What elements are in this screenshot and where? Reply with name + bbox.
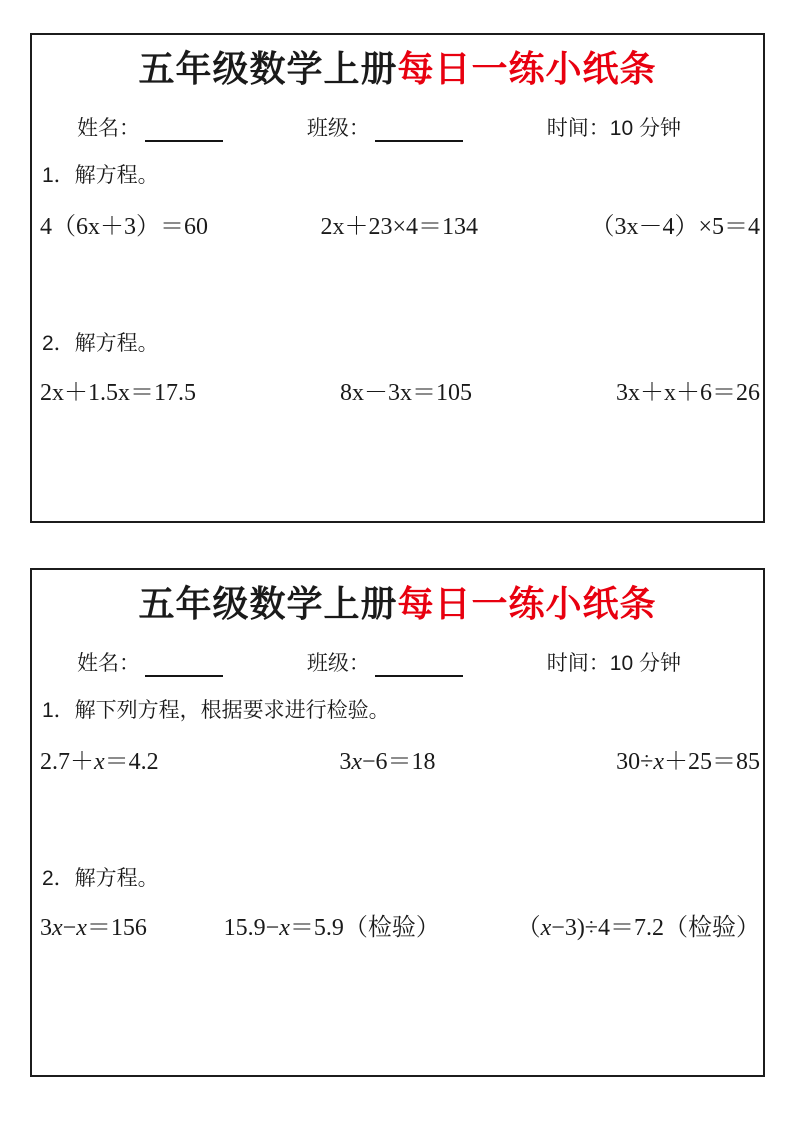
equation: （3x－4）×5＝4 (590, 206, 760, 241)
worksheet-card-2: 五年级数学上册每日一练小纸条 姓名： 班级： 时间：10 分钟 1．解下列方程，… (30, 568, 765, 1077)
card2-section1-heading: 1．解下列方程，根据要求进行检验。 (42, 694, 763, 724)
equation: 30÷x＋25＝85 (616, 741, 760, 776)
card2-class-blank-line (375, 655, 463, 677)
card1-section2-heading: 2．解方程。 (42, 327, 763, 357)
equation: 2.7＋x＝4.2 (40, 741, 159, 776)
card2-title-black: 五年级数学上册 (138, 583, 397, 624)
card2-section2-heading: 2．解方程。 (42, 862, 763, 892)
equation: 2x＋23×4＝134 (320, 206, 478, 241)
card1-name-field: 姓名： (77, 112, 223, 142)
card2-class-label: 班级： (307, 647, 370, 677)
equation: 3x−6＝18 (339, 741, 435, 776)
card2-name-blank-line (145, 655, 223, 677)
equation: 15.9−x＝5.9（检验） (224, 907, 440, 942)
card2-class-field: 班级： (307, 647, 463, 677)
card1-class-field: 班级： (307, 112, 463, 142)
equation: 2x＋1.5x＝17.5 (40, 372, 196, 407)
card2-time-label: 时间：10 分钟 (547, 647, 681, 677)
equation: （x−3)÷4＝7.2（检验） (517, 907, 760, 942)
card2-section1-equations: 2.7＋x＝4.2 3x−6＝18 30÷x＋25＝85 (32, 741, 763, 776)
card1-section1-equations: 4（6x＋3）＝60 2x＋23×4＝134 （3x－4）×5＝4 (32, 206, 763, 241)
worksheet-page: 五年级数学上册每日一练小纸条 姓名： 班级： 时间：10 分钟 1．解方程。 4… (0, 0, 793, 1122)
card1-title-red: 每日一练小纸条 (398, 48, 657, 89)
card1-section2-equations: 2x＋1.5x＝17.5 8x－3x＝105 3x＋x＋6＝26 (32, 372, 763, 407)
equation: 4（6x＋3）＝60 (40, 206, 208, 241)
card2-fields-row: 姓名： 班级： 时间：10 分钟 (32, 647, 763, 677)
equation: 3x−x＝156 (40, 907, 147, 942)
card2-name-label: 姓名： (77, 647, 140, 677)
card1-name-label: 姓名： (77, 112, 140, 142)
card1-fields-row: 姓名： 班级： 时间：10 分钟 (32, 112, 763, 142)
card1-name-blank-line (145, 120, 223, 142)
card1-title: 五年级数学上册每日一练小纸条 (32, 47, 763, 90)
card2-time-field: 时间：10 分钟 (547, 647, 681, 677)
card2-title-red: 每日一练小纸条 (398, 583, 657, 624)
card2-title: 五年级数学上册每日一练小纸条 (32, 582, 763, 625)
card1-section1-heading: 1．解方程。 (42, 159, 763, 189)
card1-class-label: 班级： (307, 112, 370, 142)
card1-time-field: 时间：10 分钟 (547, 112, 681, 142)
worksheet-card-1: 五年级数学上册每日一练小纸条 姓名： 班级： 时间：10 分钟 1．解方程。 4… (30, 33, 765, 523)
card1-class-blank-line (375, 120, 463, 142)
card1-time-label: 时间：10 分钟 (547, 112, 681, 142)
card2-name-field: 姓名： (77, 647, 223, 677)
card1-title-black: 五年级数学上册 (138, 48, 397, 89)
equation: 8x－3x＝105 (340, 372, 472, 407)
card2-section2-equations: 3x−x＝156 15.9−x＝5.9（检验） （x−3)÷4＝7.2（检验） (32, 907, 763, 942)
equation: 3x＋x＋6＝26 (616, 372, 760, 407)
